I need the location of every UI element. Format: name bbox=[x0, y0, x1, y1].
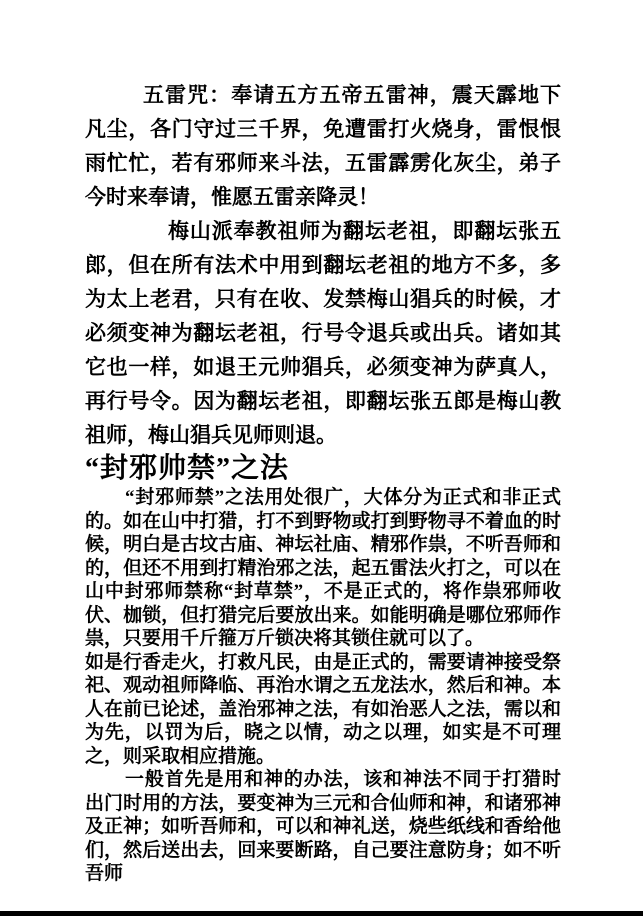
mantra-paragraph: 五雷咒：奉请五方五帝五雷神，震天霹地下凡尘，各门守过三千界，免遭雷打火烧身，雷恨… bbox=[85, 78, 561, 214]
bottom-edge-bar bbox=[0, 911, 643, 916]
section-heading: “封邪帅禁”之法 bbox=[85, 452, 561, 486]
meishan-paragraph: 梅山派奉教祖师为翻坛老祖，即翻坛张五郎，但在所有法术中用到翻坛老祖的地方不多，多… bbox=[85, 214, 561, 452]
document-page: 五雷咒：奉请五方五帝五雷神，震天霹地下凡尘，各门守过三千界，免遭雷打火烧身，雷恨… bbox=[0, 0, 643, 917]
body-paragraph-sealing-method: “封邪师禁”之法用处很广，大体分为正式和非正式的。如在山中打猎，打不到野物或打到… bbox=[85, 486, 561, 651]
body-paragraph-formal-ritual: 如是行香走火，打救凡民，由是正式的，需要请神接受祭祀、观动祖师降临、再治水谓之五… bbox=[85, 651, 561, 769]
document-content: 五雷咒：奉请五方五帝五雷神，震天霹地下凡尘，各门守过三千界，免遭雷打火烧身，雷恨… bbox=[85, 0, 561, 886]
body-paragraph-harmonizing-gods: 一般首先是用和神的办法，该和神法不同于打猎时出门时用的方法，要变神为三元和合仙师… bbox=[85, 768, 561, 886]
